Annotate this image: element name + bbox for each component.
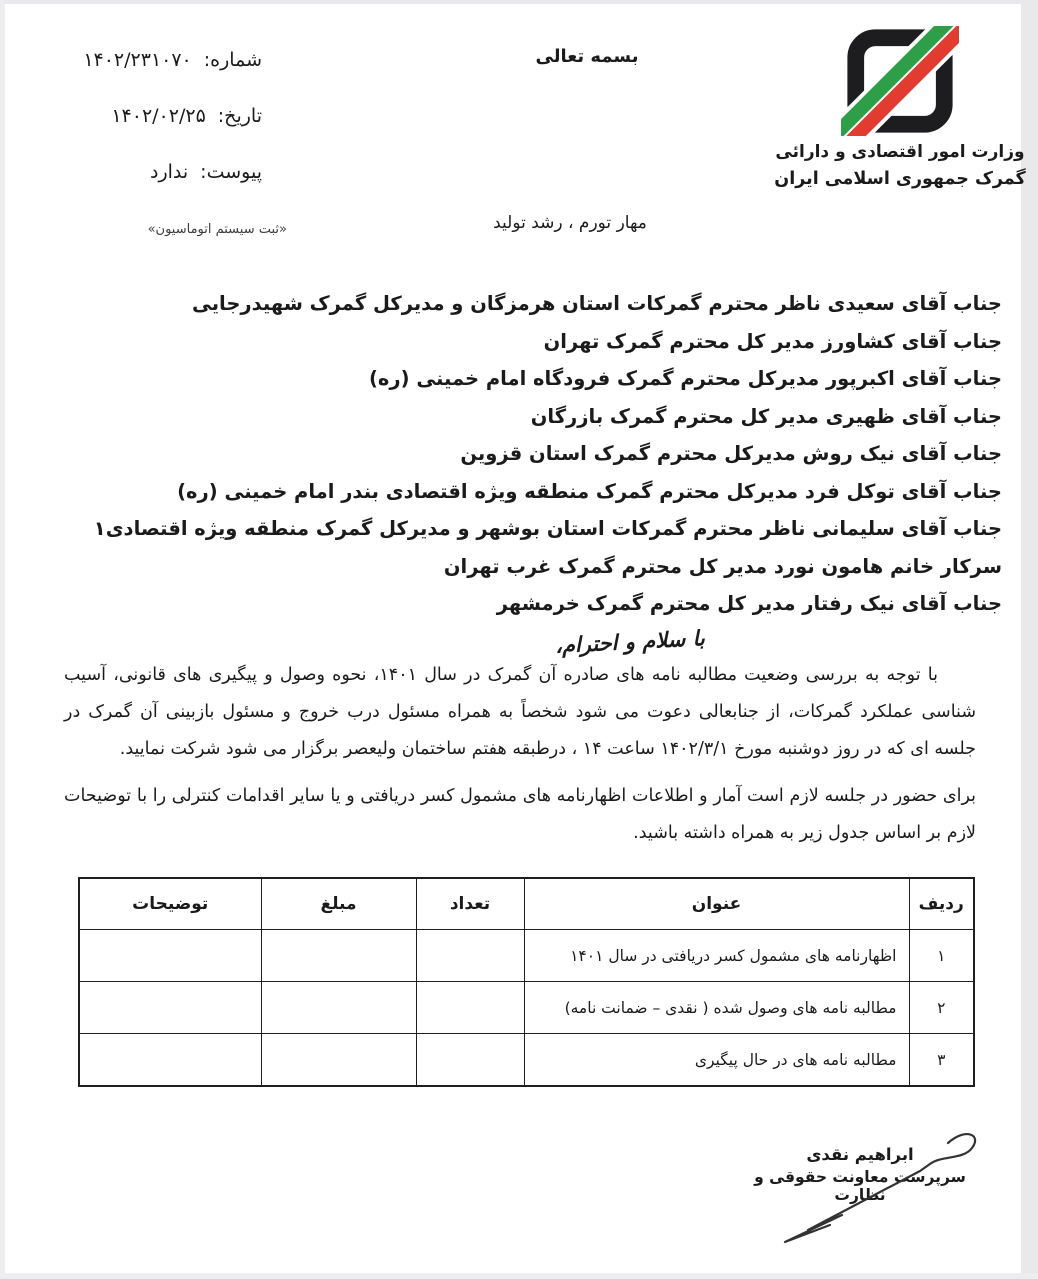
organization-block: وزارت امور اقتصادی و دارائی گمرک جمهوری … bbox=[772, 26, 1028, 189]
page-edge-bottom bbox=[0, 1273, 1038, 1279]
recipient-line: جناب آقای نیک رفتار مدیر کل محترم گمرک خ… bbox=[94, 585, 1002, 623]
letter-attachment-value: ندارد bbox=[150, 161, 188, 183]
letter-attachment-label: پیوست: bbox=[200, 161, 262, 183]
col-header-count: تعداد bbox=[416, 878, 524, 930]
besmele-text: بسمه تعالی bbox=[497, 46, 677, 67]
row-number-cell: ۳ bbox=[909, 1034, 974, 1087]
recipient-line: جناب آقای سلیمانی ناظر محترم گمرکات استا… bbox=[94, 510, 1002, 548]
letter-number-value: ۱۴۰۲/۲۳۱۰۷۰ bbox=[83, 49, 191, 71]
row-title-cell: مطالبه نامه های در حال پیگیری bbox=[524, 1034, 909, 1087]
body-paragraph-2: برای حضور در جلسه لازم است آمار و اطلاعا… bbox=[64, 778, 976, 852]
table-row: ۳ مطالبه نامه های در حال پیگیری bbox=[79, 1034, 974, 1087]
letter-body: با توجه به بررسی وضعیت مطالبه نامه های ص… bbox=[64, 657, 976, 852]
recipient-line: جناب آقای کشاورز مدیر کل محترم گمرک تهرا… bbox=[94, 323, 1002, 361]
col-header-title: عنوان bbox=[524, 878, 909, 930]
page-edge-right bbox=[1021, 0, 1038, 1279]
signer-title: سرپرست معاونت حقوقی و نظارت bbox=[735, 1168, 985, 1204]
table-row: ۲ مطالبه نامه های وصول شده ( نقدی – ضمان… bbox=[79, 982, 974, 1034]
letter-page: شماره: ۱۴۰۲/۲۳۱۰۷۰ تاریخ: ۱۴۰۲/۰۲/۲۵ پیو… bbox=[0, 0, 1038, 1279]
organization-name: گمرک جمهوری اسلامی ایران bbox=[774, 169, 1025, 189]
letter-date-value: ۱۴۰۲/۰۲/۲۵ bbox=[111, 105, 205, 127]
row-amount-cell bbox=[261, 930, 416, 982]
recipient-line: جناب آقای اکبرپور مدیرکل محترم گمرک فرود… bbox=[94, 360, 1002, 398]
recipient-line: سرکار خانم هامون نورد مدیر کل محترم گمرک… bbox=[94, 548, 1002, 586]
row-number-cell: ۲ bbox=[909, 982, 974, 1034]
row-number-cell: ۱ bbox=[909, 930, 974, 982]
letter-number-row: شماره: ۱۴۰۲/۲۳۱۰۷۰ bbox=[83, 49, 262, 71]
letter-date-label: تاریخ: bbox=[218, 105, 262, 127]
row-count-cell bbox=[416, 1034, 524, 1087]
recipients-list: جناب آقای سعیدی ناظر محترم گمرکات استان … bbox=[94, 285, 1002, 623]
table-header-row: ردیف عنوان تعداد مبلغ توضیحات bbox=[79, 878, 974, 930]
ministry-name: وزارت امور اقتصادی و دارائی bbox=[775, 142, 1024, 162]
year-slogan: مهار تورم ، رشد تولید bbox=[420, 213, 720, 233]
recipient-line: جناب آقای توکل فرد مدیرکل محترم گمرک منط… bbox=[94, 473, 1002, 511]
row-count-cell bbox=[416, 930, 524, 982]
col-header-row-number: ردیف bbox=[909, 878, 974, 930]
col-header-notes: توضیحات bbox=[79, 878, 261, 930]
row-amount-cell bbox=[261, 982, 416, 1034]
signer-name: ابراهیم نقدی bbox=[735, 1145, 985, 1164]
row-notes-cell bbox=[79, 1034, 261, 1087]
body-paragraph-1: با توجه به بررسی وضعیت مطالبه نامه های ص… bbox=[64, 657, 976, 768]
recipient-line: جناب آقای نیک روش مدیرکل محترم گمرک استا… bbox=[94, 435, 1002, 473]
row-title-cell: مطالبه نامه های وصول شده ( نقدی – ضمانت … bbox=[524, 982, 909, 1034]
row-amount-cell bbox=[261, 1034, 416, 1087]
page-edge-top bbox=[0, 0, 1038, 4]
automation-note: «ثبت سیستم اتوماسیون» bbox=[148, 222, 287, 237]
recipient-line: جناب آقای سعیدی ناظر محترم گمرکات استان … bbox=[94, 285, 1002, 323]
customs-logo-icon bbox=[841, 26, 959, 136]
signature-block: ابراهیم نقدی سرپرست معاونت حقوقی و نظارت bbox=[735, 1145, 985, 1204]
statistics-table: ردیف عنوان تعداد مبلغ توضیحات ۱ اظهارنام… bbox=[78, 877, 975, 1087]
salutation-handwriting: با سلام و احترام، bbox=[555, 626, 706, 658]
col-header-amount: مبلغ bbox=[261, 878, 416, 930]
page-edge-left bbox=[0, 0, 5, 1279]
recipient-line: جناب آقای ظهیری مدیر کل محترم گمرک بازرگ… bbox=[94, 398, 1002, 436]
letter-attachment-row: پیوست: ندارد bbox=[150, 161, 262, 183]
letter-date-row: تاریخ: ۱۴۰۲/۰۲/۲۵ bbox=[111, 105, 262, 127]
row-notes-cell bbox=[79, 930, 261, 982]
row-count-cell bbox=[416, 982, 524, 1034]
row-notes-cell bbox=[79, 982, 261, 1034]
row-title-cell: اظهارنامه های مشمول کسر دریافتی در سال ۱… bbox=[524, 930, 909, 982]
letter-number-label: شماره: bbox=[204, 49, 262, 71]
table-row: ۱ اظهارنامه های مشمول کسر دریافتی در سال… bbox=[79, 930, 974, 982]
